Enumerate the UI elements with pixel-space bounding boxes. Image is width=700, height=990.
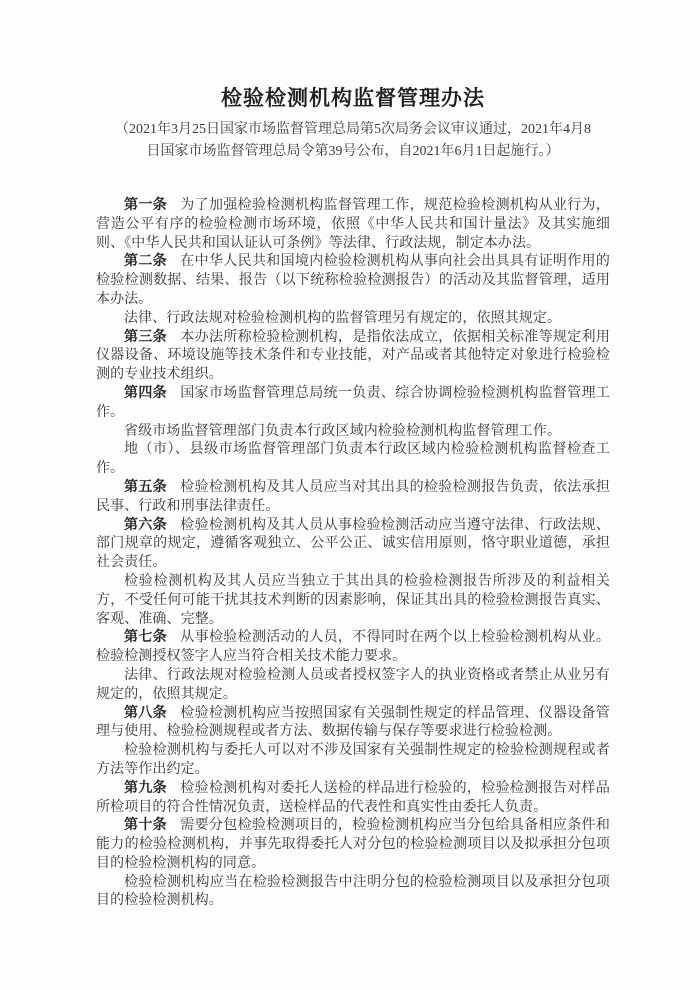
continuation-paragraph: 法律、行政法规对检验检测机构的监督管理另有规定的，依照其规定。 <box>96 310 610 329</box>
continuation-paragraph: 检验检测机构与委托人可以对不涉及国家有关强制性规定的检验检测规程或者方法等作出约… <box>96 742 610 780</box>
clause-text: 检验检测机构应当在检验检测报告中注明分包的检验检测项目以及承担分包项目的检验检测… <box>96 875 610 909</box>
document-body: 第一条为了加强检验检测机构监督管理工作，规范检验检测机构从业行为，营造公平有序的… <box>96 197 610 911</box>
subtitle-line-1: （2021年3月25日国家市场监督管理总局第5次局务会议审议通过，2021年4月… <box>96 119 610 141</box>
clause-paragraph: 第六条检验检测机构及其人员从事检验检测活动应当遵守法律、行政法规、部门规章的规定… <box>96 517 610 573</box>
clause-label: 第十条 <box>124 818 167 833</box>
clause-text: 检验检测机构对委托人送检的样品进行检验的，检验检测报告对样品所检项目的符合性情况… <box>96 781 610 815</box>
clause-text: 法律、行政法规对检验检测机构的监督管理另有规定的，依照其规定。 <box>124 311 561 326</box>
clause-text: 需要分包检验检测项目的，检验检测机构应当分包给具备相应条件和能力的检验检测机构，… <box>96 818 610 871</box>
clause-label: 第五条 <box>124 480 167 495</box>
clause-text: 本办法所称检验检测机构，是指依法成立，依据相关标准等规定利用仪器设备、环境设施等… <box>96 330 610 383</box>
clause-text: 检验检测机构应当按照国家有关强制性规定的样品管理、仪器设备管理与使用、检验检测规… <box>96 706 610 740</box>
continuation-paragraph: 地（市）、县级市场监督管理部门负责本行政区域内检验检测机构监督检查工作。 <box>96 441 610 479</box>
clause-paragraph: 第八条检验检测机构应当按照国家有关强制性规定的样品管理、仪器设备管理与使用、检验… <box>96 705 610 743</box>
clause-text: 从事检验检测活动的人员，不得同时在两个以上检验检测机构从业。检验检测授权签字人应… <box>96 630 610 664</box>
continuation-paragraph: 省级市场监督管理部门负责本行政区域内检验检测机构监督管理工作。 <box>96 423 610 442</box>
clause-text: 为了加强检验检测机构监督管理工作，规范检验检测机构从业行为，营造公平有序的检验检… <box>96 198 610 251</box>
continuation-paragraph: 检验检测机构及其人员应当独立于其出具的检验检测报告所涉及的利益相关方，不受任何可… <box>96 573 610 629</box>
clause-paragraph: 第七条从事检验检测活动的人员，不得同时在两个以上检验检测机构从业。检验检测授权签… <box>96 629 610 667</box>
clause-paragraph: 第二条在中华人民共和国境内检验检测机构从事向社会出具具有证明作用的检验检测数据、… <box>96 253 610 309</box>
document-title: 检验检测机构监督管理办法 <box>96 84 610 112</box>
clause-label: 第四条 <box>124 386 167 401</box>
document-page: 检验检测机构监督管理办法 （2021年3月25日国家市场监督管理总局第5次局务会… <box>0 0 700 990</box>
clause-text: 检验检测机构与委托人可以对不涉及国家有关强制性规定的检验检测规程或者方法等作出约… <box>96 743 610 777</box>
clause-label: 第八条 <box>124 706 167 721</box>
continuation-paragraph: 法律、行政法规对检验检测人员或者授权签字人的执业资格或者禁止从业另有规定的，依照… <box>96 667 610 705</box>
clause-paragraph: 第五条检验检测机构及其人员应当对其出具的检验检测报告负责，依法承担民事、行政和刑… <box>96 479 610 517</box>
clause-text: 国家市场监督管理总局统一负责、综合协调检验检测机构监督管理工作。 <box>96 386 610 420</box>
clause-label: 第六条 <box>124 518 167 533</box>
clause-paragraph: 第九条检验检测机构对委托人送检的样品进行检验的，检验检测报告对样品所检项目的符合… <box>96 780 610 818</box>
clause-text: 在中华人民共和国境内检验检测机构从事向社会出具具有证明作用的检验检测数据、结果、… <box>96 254 610 307</box>
clause-text: 检验检测机构及其人员应当对其出具的检验检测报告负责，依法承担民事、行政和刑事法律… <box>96 480 610 514</box>
clause-paragraph: 第一条为了加强检验检测机构监督管理工作，规范检验检测机构从业行为，营造公平有序的… <box>96 197 610 253</box>
clause-text: 地（市）、县级市场监督管理部门负责本行政区域内检验检测机构监督检查工作。 <box>96 442 610 476</box>
clause-label: 第二条 <box>124 254 167 269</box>
continuation-paragraph: 检验检测机构应当在检验检测报告中注明分包的检验检测项目以及承担分包项目的检验检测… <box>96 874 610 912</box>
clause-label: 第一条 <box>124 198 167 213</box>
clause-label: 第三条 <box>124 330 167 345</box>
clause-text: 法律、行政法规对检验检测人员或者授权签字人的执业资格或者禁止从业另有规定的，依照… <box>96 668 610 702</box>
clause-paragraph: 第十条需要分包检验检测项目的，检验检测机构应当分包给具备相应条件和能力的检验检测… <box>96 817 610 873</box>
clause-paragraph: 第四条国家市场监督管理总局统一负责、综合协调检验检测机构监督管理工作。 <box>96 385 610 423</box>
document-subtitle: （2021年3月25日国家市场监督管理总局第5次局务会议审议通过，2021年4月… <box>96 119 610 163</box>
clause-text: 检验检测机构及其人员从事检验检测活动应当遵守法律、行政法规、部门规章的规定，遵循… <box>96 518 610 571</box>
clause-paragraph: 第三条本办法所称检验检测机构，是指依法成立，依据相关标准等规定利用仪器设备、环境… <box>96 329 610 385</box>
subtitle-line-2: 日国家市场监督管理总局令第39号公布，自2021年6月1日起施行。） <box>96 141 610 163</box>
clause-label: 第七条 <box>124 630 167 645</box>
clause-text: 省级市场监督管理部门负责本行政区域内检验检测机构监督管理工作。 <box>124 424 561 439</box>
clause-text: 检验检测机构及其人员应当独立于其出具的检验检测报告所涉及的利益相关方，不受任何可… <box>96 574 610 627</box>
clause-label: 第九条 <box>124 781 167 796</box>
